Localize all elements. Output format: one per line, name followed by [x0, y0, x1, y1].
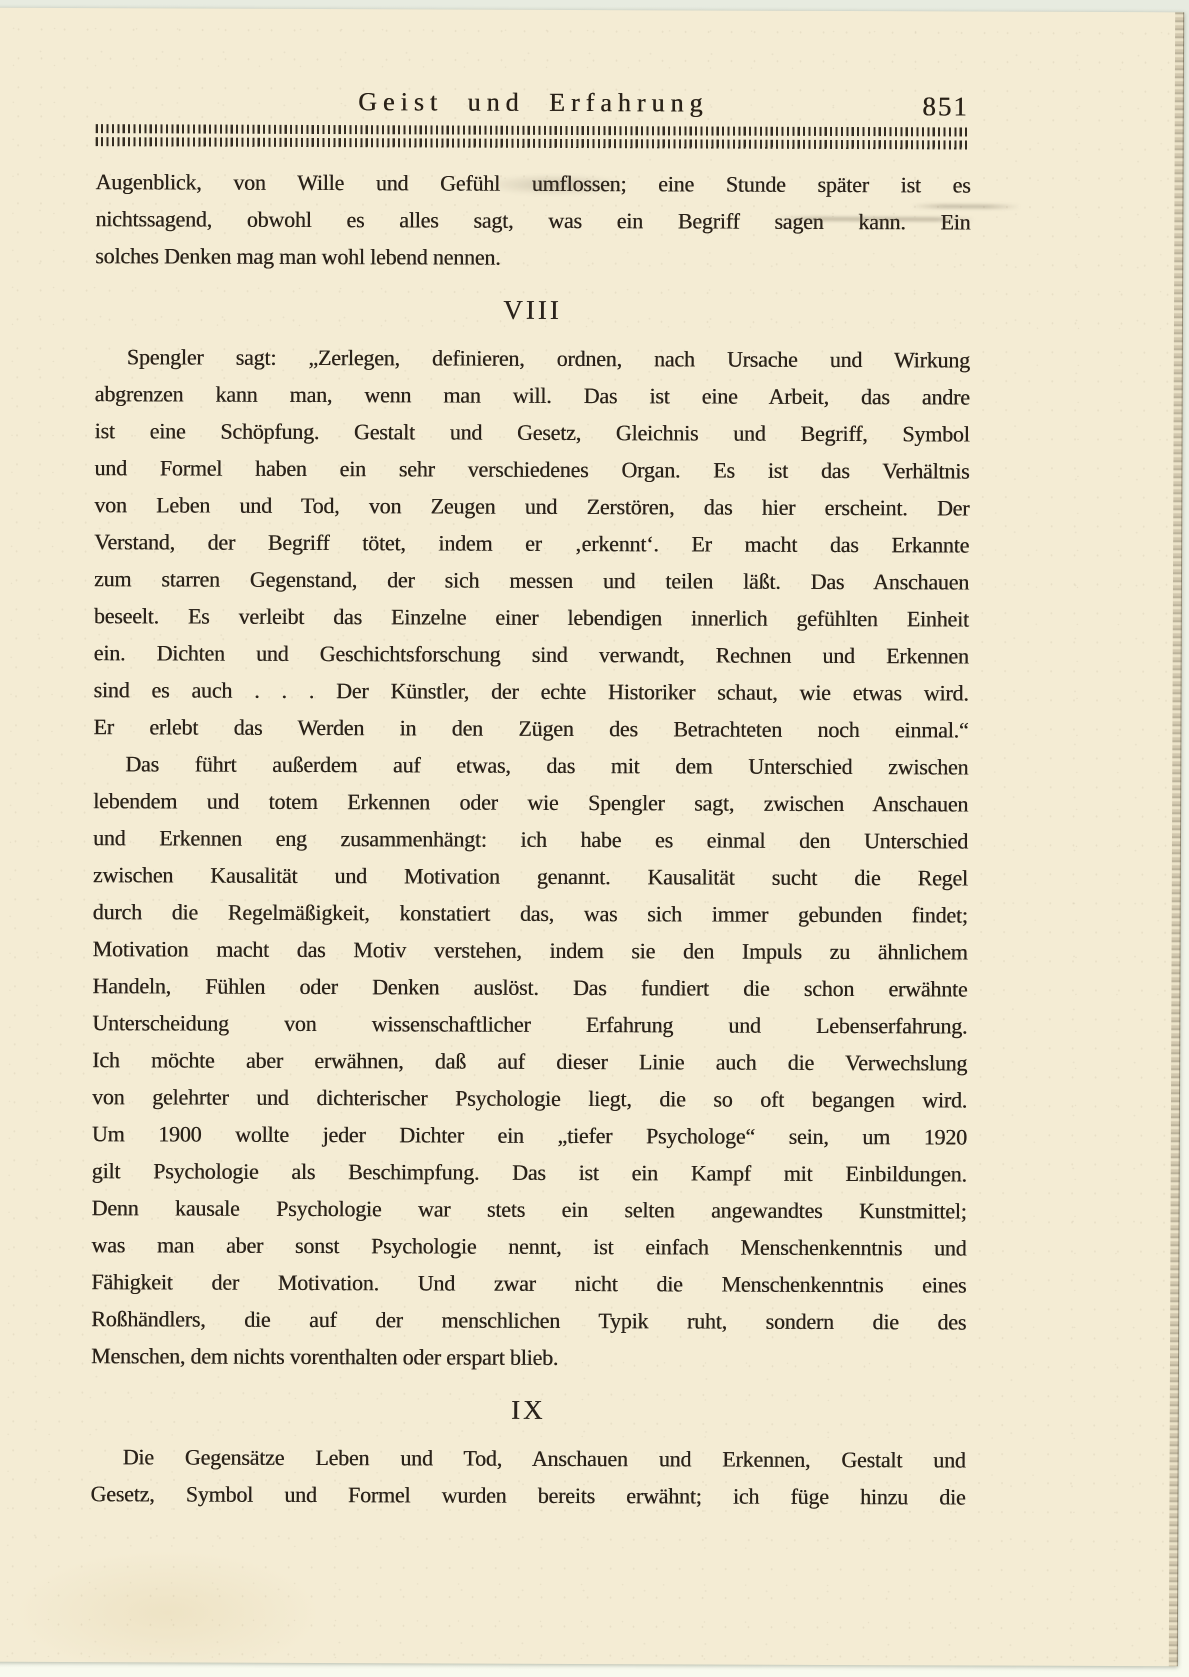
paragraph: Spengler sagt: „Zerlegen, definieren, or…: [93, 338, 970, 748]
text-line: Handeln, Fühlen oder Denken auslöst. Das…: [92, 967, 967, 1007]
text-line: Augenblick, von Wille und Gefühl umfloss…: [95, 163, 970, 203]
paper-sheet: Geist und Erfahrung 851 Augenblick, von …: [0, 8, 1184, 1667]
scanned-book-page: { "colors": { "paper": "#f4ecd4", "ink":…: [0, 0, 1189, 1677]
text-line: Spengler sagt: „Zerlegen, definieren, or…: [95, 338, 970, 378]
section-heading: IX: [91, 1388, 966, 1431]
text-line: Motivation macht das Motiv verstehen, in…: [92, 930, 967, 970]
page-number: 851: [922, 91, 969, 122]
text-line: Verstand, der Begriff tötet, indem er ‚e…: [94, 523, 969, 563]
text-line: zwischen Kausalität und Motivation genan…: [93, 856, 968, 896]
paper-edge: [1169, 12, 1184, 1666]
text-line: Ich möchte aber erwähnen, daß auf dieser…: [92, 1041, 967, 1081]
section-heading: VIII: [95, 288, 970, 331]
text-line: Die Gegensätze Leben und Tod, Anschauen …: [91, 1438, 966, 1478]
text-line: zum starren Gegenstand, der sich messen …: [94, 560, 969, 600]
header-rule: [96, 124, 969, 150]
text-line: und Formel haben ein sehr verschiedenes …: [94, 449, 969, 489]
text-line: nichtssagend, obwohl es alles sagt, was …: [95, 200, 970, 240]
text-line: solches Denken mag man wohl lebend nenne…: [95, 237, 970, 277]
text-line: lebendem und totem Erkennen oder wie Spe…: [93, 782, 968, 822]
text-line: beseelt. Es verleibt das Einzelne einer …: [94, 597, 969, 637]
running-head: Geist und Erfahrung 851: [96, 86, 971, 125]
paragraph: Das führt außerdem auf etwas, das mit de…: [91, 745, 968, 1377]
text-line: gilt Psychologie als Beschimpfung. Das i…: [92, 1152, 967, 1192]
text-line: sind es auch . . . Der Künstler, der ech…: [93, 671, 968, 711]
text-line: Fähigkeit der Motivation. Und zwar nicht…: [91, 1263, 966, 1303]
text-line: Unterscheidung von wissenschaftlicher Er…: [92, 1004, 967, 1044]
page-title: Geist und Erfahrung: [96, 86, 971, 119]
text-line: Das führt außerdem auf etwas, das mit de…: [93, 745, 968, 785]
text-line: Roßhändlers, die auf der menschlichen Ty…: [91, 1300, 966, 1340]
text-line: Denn kausale Psychologie war stets ein s…: [92, 1189, 967, 1229]
text-line: durch die Regelmäßigkeit, konstatiert da…: [93, 893, 968, 933]
text-line: ist eine Schöpfung. Gestalt und Gesetz, …: [94, 412, 969, 452]
text-line: Um 1900 wollte jeder Dichter ein „tiefer…: [92, 1115, 967, 1155]
text-line: was man aber sonst Psychologie nennt, is…: [91, 1226, 966, 1266]
header-rule-row: [96, 137, 969, 149]
paragraph: Augenblick, von Wille und Gefühl umfloss…: [95, 163, 970, 277]
paragraph: Die Gegensätze Leben und Tod, Anschauen …: [90, 1438, 965, 1515]
text-line: und Erkennen eng zusammenhängt: ich habe…: [93, 819, 968, 859]
text-line: von gelehrter und dichterischer Psycholo…: [92, 1078, 967, 1118]
header-rule-row: [96, 124, 969, 136]
text-column: Augenblick, von Wille und Gefühl umfloss…: [90, 163, 970, 1515]
text-line: abgrenzen kann man, wenn man will. Das i…: [95, 375, 970, 415]
text-line: von Leben und Tod, von Zeugen und Zerstö…: [94, 486, 969, 526]
text-line: Er erlebt das Werden in den Zügen des Be…: [93, 708, 968, 748]
text-line: Gesetz, Symbol und Formel wurden bereits…: [90, 1475, 965, 1515]
text-line: Menschen, dem nichts vorenthalten oder e…: [91, 1337, 966, 1377]
text-line: ein. Dichten und Geschichtsforschung sin…: [94, 634, 969, 674]
